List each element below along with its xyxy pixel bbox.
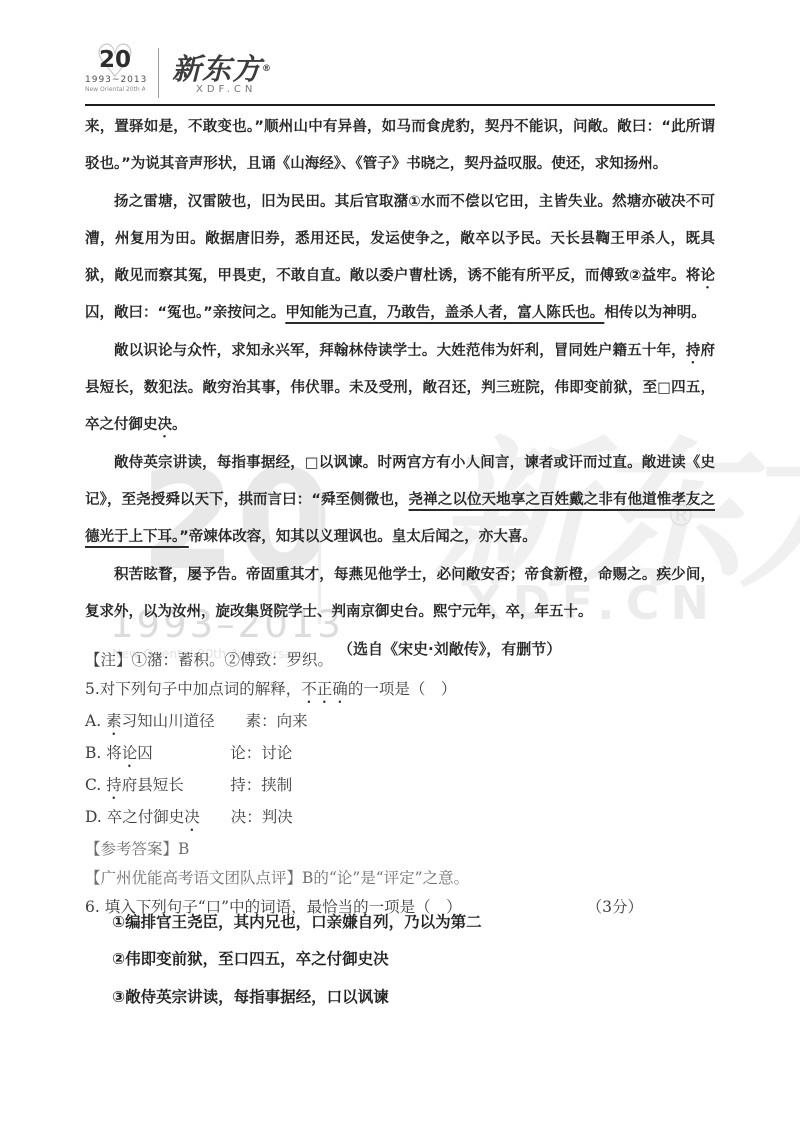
q6-item-2: ②伟即变前狱，至口四五，卒之付御史决 xyxy=(112,941,715,978)
q5-option-a: A. 素习知山川道径 素：向来 xyxy=(85,707,715,739)
q6-items: ①编排官王尧臣，其内兄也，口亲嫌自列，乃以为第二 ②伟即变前狱，至口四五，卒之付… xyxy=(112,904,715,1016)
passage: 来，置驿如是，不敢变也。”顺州山中有异兽，如马而食虎豹，契丹不能识，问敞。敞曰：… xyxy=(85,109,715,631)
q5-option-b: B. 将论囚 论：讨论 xyxy=(85,739,715,771)
logo-divider xyxy=(158,48,159,98)
q6-item-3: ③敞侍英宗讲读，每指事据经，口以讽谏 xyxy=(112,979,715,1016)
passage-paragraph-2: 扬之雷塘，汉雷陂也，旧为民田。其后官取潴①水而不偿以它田，主皆失业。然塘亦破决不… xyxy=(85,184,715,333)
answer-line: 【参考答案】B xyxy=(85,835,715,864)
q5-stem: 5.对下列句子中加点词的解释，不正确的一项是（ ） xyxy=(85,675,715,707)
brand-name: 新东方® xyxy=(172,54,272,84)
passage-paragraph-1: 来，置驿如是，不敢变也。”顺州山中有异兽，如马而食虎豹，契丹不能识，问敞。敞曰：… xyxy=(85,109,715,184)
q5-option-d: D. 卒之付御史决 决：判决 xyxy=(85,803,715,835)
anniversary-badge: ♡ 20 1993~2013 New Oriental 20th Anniver… xyxy=(85,45,145,93)
q5-option-c: C. 持府县短长 持：挟制 xyxy=(85,771,715,803)
badge-years: 1993~2013 xyxy=(85,75,145,86)
badge-number: 20 xyxy=(85,45,145,75)
registered-icon: ® xyxy=(262,64,272,74)
passage-paragraph-5: 积苦眩瞀，屡予告。帝固重其才，每燕见他学士，必问敞安否；帝食新橙，命赐之。疾少间… xyxy=(85,557,715,632)
question-section: 【注】①潴：蓄积。②傅致：罗织。 5.对下列句子中加点词的解释，不正确的一项是（… xyxy=(85,646,715,922)
passage-paragraph-4: 敞侍英宗讲读，每指事据经，□以讽谏。时两宫方有小人间言，谏者或讦而过直。敞进读《… xyxy=(85,445,715,557)
note-line: 【注】①潴：蓄积。②傅致：罗织。 xyxy=(85,646,715,675)
badge-subtitle: New Oriental 20th Anniversary xyxy=(85,86,145,93)
brand-logo: 新东方® XDF.CN xyxy=(172,45,272,96)
passage-paragraph-3: 敞以识论与众忤，求知永兴军，拜翰林侍读学士。大姓范伟为奸利，冒同姓户籍五十年，持… xyxy=(85,333,715,445)
q6-item-1: ①编排官王尧臣，其内兄也，口亲嫌自列，乃以为第二 xyxy=(112,904,715,941)
document-page: 20 1993–2013 New Oriental 20th Anniversa… xyxy=(0,0,800,1131)
brand-text: 新东方 xyxy=(172,52,262,86)
comment-line: 【广州优能高考语文团队点评】B的“论”是“评定”之意。 xyxy=(85,864,715,893)
page-header: ♡ 20 1993~2013 New Oriental 20th Anniver… xyxy=(85,0,715,106)
